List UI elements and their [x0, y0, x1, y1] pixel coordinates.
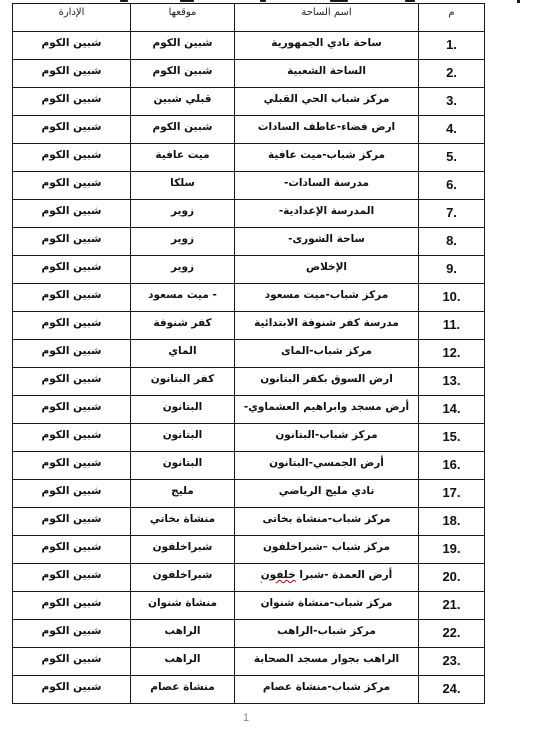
page-number: 1 — [243, 712, 249, 724]
site-administration-cell: شبين الكوم — [13, 368, 131, 396]
table-row: 18.مركز شباب-منشاة بخاتىمنشاة بخاتيشبين … — [13, 508, 485, 536]
row-number: 5. — [446, 144, 457, 163]
header-name: اسم الساحة — [235, 4, 419, 32]
site-administration: شبين الكوم — [42, 480, 102, 497]
row-number-cell: 1. — [419, 32, 485, 60]
site-location: زوير — [171, 200, 194, 217]
table-row: 20.أرض العمدة -شبرا خلفونشبراخلفونشبين ا… — [13, 564, 485, 592]
site-name-cell: ارض السوق بكفر البتانون — [235, 368, 419, 396]
row-number: 22. — [442, 620, 460, 639]
site-location-cell: - ميت مسعود — [131, 284, 235, 312]
table-row: 6.مدرسة السادات-سلكاشبين الكوم — [13, 172, 485, 200]
spellcheck-underline: خلفون — [261, 570, 296, 581]
row-number-cell: 12. — [419, 340, 485, 368]
row-number: 11. — [443, 312, 460, 331]
site-name: أرض الجمسي-البتانون — [269, 452, 384, 469]
site-administration-cell: شبين الكوم — [13, 144, 131, 172]
header-administration: الإدارة — [13, 4, 131, 32]
site-name-cell: مركز شباب-البتانون — [235, 424, 419, 452]
row-number-cell: 21. — [419, 592, 485, 620]
site-name: نادي مليج الرياضي — [279, 480, 375, 497]
site-location: البتانون — [163, 424, 203, 441]
site-location: الراهب — [164, 648, 200, 665]
site-name-cell: مركز شباب-ميت عافية — [235, 144, 419, 172]
row-number: 4. — [446, 116, 457, 135]
site-location: شبين الكوم — [153, 60, 213, 77]
header-num: م — [419, 4, 485, 32]
site-administration-cell: شبين الكوم — [13, 340, 131, 368]
site-name-cell: مدرسة السادات- — [235, 172, 419, 200]
site-name: مركز شباب الحي القبلي — [264, 88, 390, 105]
row-number: 2. — [446, 60, 457, 79]
row-number-cell: 23. — [419, 648, 485, 676]
site-administration-cell: شبين الكوم — [13, 480, 131, 508]
row-number: 7. — [446, 200, 457, 219]
site-administration: شبين الكوم — [42, 340, 102, 357]
site-location: شبين الكوم — [153, 116, 213, 133]
site-administration-cell: شبين الكوم — [13, 284, 131, 312]
site-name: أرض العمدة -شبرا خلفون — [261, 564, 393, 581]
site-location-cell: البتانون — [131, 396, 235, 424]
site-location: البتانون — [163, 452, 203, 469]
row-number-cell: 9. — [419, 256, 485, 284]
table-row: 24.مركز شباب-منشاة عصاممنشاة عصامشبين ال… — [13, 676, 485, 704]
site-administration: شبين الكوم — [42, 424, 102, 441]
row-number-cell: 15. — [419, 424, 485, 452]
site-administration-cell: شبين الكوم — [13, 396, 131, 424]
header-location: موقعها — [131, 4, 235, 32]
site-administration: شبين الكوم — [42, 256, 102, 273]
table-body: 1.ساحة نادي الجمهوريةشبين الكومشبين الكو… — [13, 32, 485, 704]
row-number: 16. — [442, 452, 460, 471]
site-location-cell: مليج — [131, 480, 235, 508]
site-administration: شبين الكوم — [42, 452, 102, 469]
table-row: 7.المدرسة الإعدادية-زويرشبين الكوم — [13, 200, 485, 228]
row-number: 20. — [442, 564, 460, 583]
site-administration-cell: شبين الكوم — [13, 116, 131, 144]
site-location: البتانون — [163, 396, 203, 413]
table-row: 3.مركز شباب الحي القبليقبلي شبينشبين الك… — [13, 88, 485, 116]
table-row: 9.الإخلاصزويرشبين الكوم — [13, 256, 485, 284]
site-location-cell: ميت عافية — [131, 144, 235, 172]
site-administration: شبين الكوم — [42, 284, 102, 301]
site-location: - ميت مسعود — [148, 284, 217, 301]
site-location-cell: قبلي شبين — [131, 88, 235, 116]
table-row: 11.مدرسة كفر شنوفة الابتدائيةكفر شنوفةشب… — [13, 312, 485, 340]
site-name-cell: مدرسة كفر شنوفة الابتدائية — [235, 312, 419, 340]
site-administration: شبين الكوم — [42, 368, 102, 385]
row-number-cell: 2. — [419, 60, 485, 88]
table-row: 10.مركز شباب-ميت مسعود- ميت مسعودشبين ال… — [13, 284, 485, 312]
site-name: ساحة نادي الجمهورية — [271, 32, 381, 49]
site-location-cell: كفر شنوفة — [131, 312, 235, 340]
row-number-cell: 19. — [419, 536, 485, 564]
site-location-cell: الماي — [131, 340, 235, 368]
row-number-cell: 24. — [419, 676, 485, 704]
site-location-cell: شبراخلفون — [131, 564, 235, 592]
site-administration: شبين الكوم — [42, 648, 102, 665]
site-location-cell: زوير — [131, 228, 235, 256]
site-name: مركز شباب-منشاة عصام — [263, 676, 390, 693]
row-number: 8. — [446, 228, 457, 247]
row-number-cell: 6. — [419, 172, 485, 200]
row-number-cell: 4. — [419, 116, 485, 144]
site-location: شبراخلفون — [153, 536, 213, 553]
site-administration: شبين الكوم — [42, 32, 102, 49]
site-name: مدرسة كفر شنوفة الابتدائية — [254, 312, 399, 329]
site-location-cell: البتانون — [131, 452, 235, 480]
row-number: 14. — [442, 396, 460, 415]
site-name: المدرسة الإعدادية- — [279, 200, 374, 217]
site-administration-cell: شبين الكوم — [13, 648, 131, 676]
site-administration-cell: شبين الكوم — [13, 200, 131, 228]
row-number-cell: 11. — [419, 312, 485, 340]
site-name: مدرسة السادات- — [284, 172, 369, 189]
site-administration: شبين الكوم — [42, 228, 102, 245]
site-administration: شبين الكوم — [42, 592, 102, 609]
row-number: 24. — [442, 676, 460, 695]
row-number: 1. — [446, 32, 457, 51]
site-name-cell: مركز شباب-الراهب — [235, 620, 419, 648]
site-name: مركز شباب-ميت عافية — [268, 144, 385, 161]
table-row: 8.ساحة الشورى-زويرشبين الكوم — [13, 228, 485, 256]
table-row: 14.أرض مسجد وابراهيم العشماوي-البتانونشب… — [13, 396, 485, 424]
site-administration-cell: شبين الكوم — [13, 592, 131, 620]
site-name: مركز شباب-منشاة شنوان — [261, 592, 393, 609]
row-number-cell: 7. — [419, 200, 485, 228]
site-name-cell: مركز شباب-الماى — [235, 340, 419, 368]
site-administration-cell: شبين الكوم — [13, 32, 131, 60]
site-name-cell: ساحة نادي الجمهورية — [235, 32, 419, 60]
site-administration: شبين الكوم — [42, 620, 102, 637]
table-row: 1.ساحة نادي الجمهوريةشبين الكومشبين الكو… — [13, 32, 485, 60]
table-row: 21.مركز شباب-منشاة شنوانمنشاة شنوانشبين … — [13, 592, 485, 620]
row-number: 23. — [442, 648, 460, 667]
site-name: أرض مسجد وابراهيم العشماوي- — [244, 396, 409, 413]
row-number: 15. — [442, 424, 460, 443]
site-name-cell: أرض مسجد وابراهيم العشماوي- — [235, 396, 419, 424]
site-location-cell: كفر البتانون — [131, 368, 235, 396]
site-name-cell: أرض الجمسي-البتانون — [235, 452, 419, 480]
row-number-cell: 20. — [419, 564, 485, 592]
table-row: 13.ارض السوق بكفر البتانونكفر البتانونشب… — [13, 368, 485, 396]
site-name-cell: مركز شباب-منشاة شنوان — [235, 592, 419, 620]
row-number-cell: 8. — [419, 228, 485, 256]
table-row: 5.مركز شباب-ميت عافيةميت عافيةشبين الكوم — [13, 144, 485, 172]
site-name-cell: مركز شباب الحي القبلي — [235, 88, 419, 116]
site-administration: شبين الكوم — [42, 116, 102, 133]
row-number: 9. — [446, 256, 457, 275]
row-number-cell: 5. — [419, 144, 485, 172]
site-location-cell: شبين الكوم — [131, 32, 235, 60]
site-administration-cell: شبين الكوم — [13, 312, 131, 340]
table-row: 15.مركز شباب-البتانونالبتانونشبين الكوم — [13, 424, 485, 452]
site-name-cell: ارض فضاء-عاطف السادات — [235, 116, 419, 144]
table-row: 22.مركز شباب-الراهبالراهبشبين الكوم — [13, 620, 485, 648]
site-location: ميت عافية — [155, 144, 209, 161]
table-row: 12.مركز شباب-الماىالمايشبين الكوم — [13, 340, 485, 368]
site-location: كفر البتانون — [151, 368, 214, 385]
row-number: 10. — [442, 284, 460, 303]
site-location-cell: البتانون — [131, 424, 235, 452]
site-name: الساحة الشعبية — [287, 60, 366, 77]
row-number-cell: 10. — [419, 284, 485, 312]
site-location-cell: الراهب — [131, 648, 235, 676]
site-location-cell: منشاة بخاتي — [131, 508, 235, 536]
site-name: مركز شباب-منشاة بخاتى — [262, 508, 390, 525]
site-administration: شبين الكوم — [42, 508, 102, 525]
site-name-cell: مركز شباب-ميت مسعود — [235, 284, 419, 312]
site-location-cell: شبين الكوم — [131, 116, 235, 144]
site-location-cell: شبين الكوم — [131, 60, 235, 88]
site-location: كفر شنوفة — [153, 312, 211, 329]
table-row: 16.أرض الجمسي-البتانونالبتانونشبين الكوم — [13, 452, 485, 480]
site-administration: شبين الكوم — [42, 60, 102, 77]
site-name-cell: أرض العمدة -شبرا خلفون — [235, 564, 419, 592]
site-administration-cell: شبين الكوم — [13, 60, 131, 88]
site-location: سلكا — [170, 172, 195, 189]
site-name-cell: مركز شباب-منشاة عصام — [235, 676, 419, 704]
site-location-cell: الراهب — [131, 620, 235, 648]
site-name-cell: نادي مليج الرياضي — [235, 480, 419, 508]
site-administration: شبين الكوم — [42, 144, 102, 161]
site-name-cell: الراهب بجوار مسجد الصحابة — [235, 648, 419, 676]
site-administration: شبين الكوم — [42, 676, 102, 693]
site-location-cell: سلكا — [131, 172, 235, 200]
site-name: مركز شباب-البتانون — [275, 424, 377, 441]
row-number: 12. — [442, 340, 460, 359]
site-administration-cell: شبين الكوم — [13, 620, 131, 648]
site-name-cell: ساحة الشورى- — [235, 228, 419, 256]
sites-table: م اسم الساحة موقعها الإدارة 1.ساحة نادي … — [12, 3, 485, 704]
site-administration: شبين الكوم — [42, 564, 102, 581]
site-location: الماي — [168, 340, 196, 357]
site-name: الإخلاص — [306, 256, 347, 273]
site-location-cell: شبراخلفون — [131, 536, 235, 564]
row-number: 21. — [442, 592, 460, 611]
site-administration-cell: شبين الكوم — [13, 424, 131, 452]
site-location-cell: منشاة شنوان — [131, 592, 235, 620]
table-row: 4.ارض فضاء-عاطف الساداتشبين الكومشبين ال… — [13, 116, 485, 144]
site-name: ارض السوق بكفر البتانون — [260, 368, 393, 385]
site-name: مركز شباب –شبراخلفون — [263, 536, 390, 553]
site-location: زوير — [171, 256, 194, 273]
site-location-cell: زوير — [131, 256, 235, 284]
site-administration: شبين الكوم — [42, 312, 102, 329]
row-number: 3. — [446, 88, 457, 107]
row-number-cell: 17. — [419, 480, 485, 508]
table-header-row: م اسم الساحة موقعها الإدارة — [13, 4, 485, 32]
site-administration: شبين الكوم — [42, 200, 102, 217]
row-number-cell: 18. — [419, 508, 485, 536]
site-name: مركز شباب-الماى — [281, 340, 372, 357]
row-number: 13. — [442, 368, 460, 387]
site-administration-cell: شبين الكوم — [13, 508, 131, 536]
site-administration: شبين الكوم — [42, 88, 102, 105]
site-location: منشاة شنوان — [148, 592, 217, 609]
site-administration-cell: شبين الكوم — [13, 564, 131, 592]
table-row: 19.مركز شباب –شبراخلفونشبراخلفونشبين الك… — [13, 536, 485, 564]
row-number-cell: 22. — [419, 620, 485, 648]
row-number-cell: 3. — [419, 88, 485, 116]
table-row: 2.الساحة الشعبيةشبين الكومشبين الكوم — [13, 60, 485, 88]
site-name: الراهب بجوار مسجد الصحابة — [254, 648, 399, 665]
site-name-cell: الإخلاص — [235, 256, 419, 284]
site-name-cell: الساحة الشعبية — [235, 60, 419, 88]
site-administration-cell: شبين الكوم — [13, 452, 131, 480]
site-administration-cell: شبين الكوم — [13, 256, 131, 284]
site-administration-cell: شبين الكوم — [13, 172, 131, 200]
site-location: شبراخلفون — [153, 564, 213, 581]
site-name-cell: مركز شباب-منشاة بخاتى — [235, 508, 419, 536]
site-administration: شبين الكوم — [42, 172, 102, 189]
site-name-cell: المدرسة الإعدادية- — [235, 200, 419, 228]
site-location: قبلي شبين — [153, 88, 211, 105]
row-number-cell: 13. — [419, 368, 485, 396]
site-administration-cell: شبين الكوم — [13, 88, 131, 116]
site-administration: شبين الكوم — [42, 536, 102, 553]
site-administration-cell: شبين الكوم — [13, 228, 131, 256]
site-administration-cell: شبين الكوم — [13, 536, 131, 564]
row-number-cell: 14. — [419, 396, 485, 424]
site-location-cell: منشاة عصام — [131, 676, 235, 704]
site-location: منشاة عصام — [150, 676, 214, 693]
site-location: منشاة بخاتي — [150, 508, 215, 525]
row-number: 17. — [442, 480, 460, 499]
site-location: الراهب — [164, 620, 200, 637]
site-location-cell: زوير — [131, 200, 235, 228]
table-row: 23.الراهب بجوار مسجد الصحابةالراهبشبين ا… — [13, 648, 485, 676]
site-location: مليج — [171, 480, 194, 497]
site-location: شبين الكوم — [153, 32, 213, 49]
table-row: 17.نادي مليج الرياضيمليجشبين الكوم — [13, 480, 485, 508]
row-number: 18. — [442, 508, 460, 527]
site-name: ساحة الشورى- — [288, 228, 365, 245]
site-location: زوير — [171, 228, 194, 245]
row-number-cell: 16. — [419, 452, 485, 480]
row-number: 19. — [442, 536, 460, 555]
site-name: مركز شباب-ميت مسعود — [265, 284, 388, 301]
site-administration-cell: شبين الكوم — [13, 676, 131, 704]
site-administration: شبين الكوم — [42, 396, 102, 413]
site-name: ارض فضاء-عاطف السادات — [258, 116, 395, 133]
site-name: مركز شباب-الراهب — [277, 620, 376, 637]
row-number: 6. — [446, 172, 457, 191]
site-name-cell: مركز شباب –شبراخلفون — [235, 536, 419, 564]
